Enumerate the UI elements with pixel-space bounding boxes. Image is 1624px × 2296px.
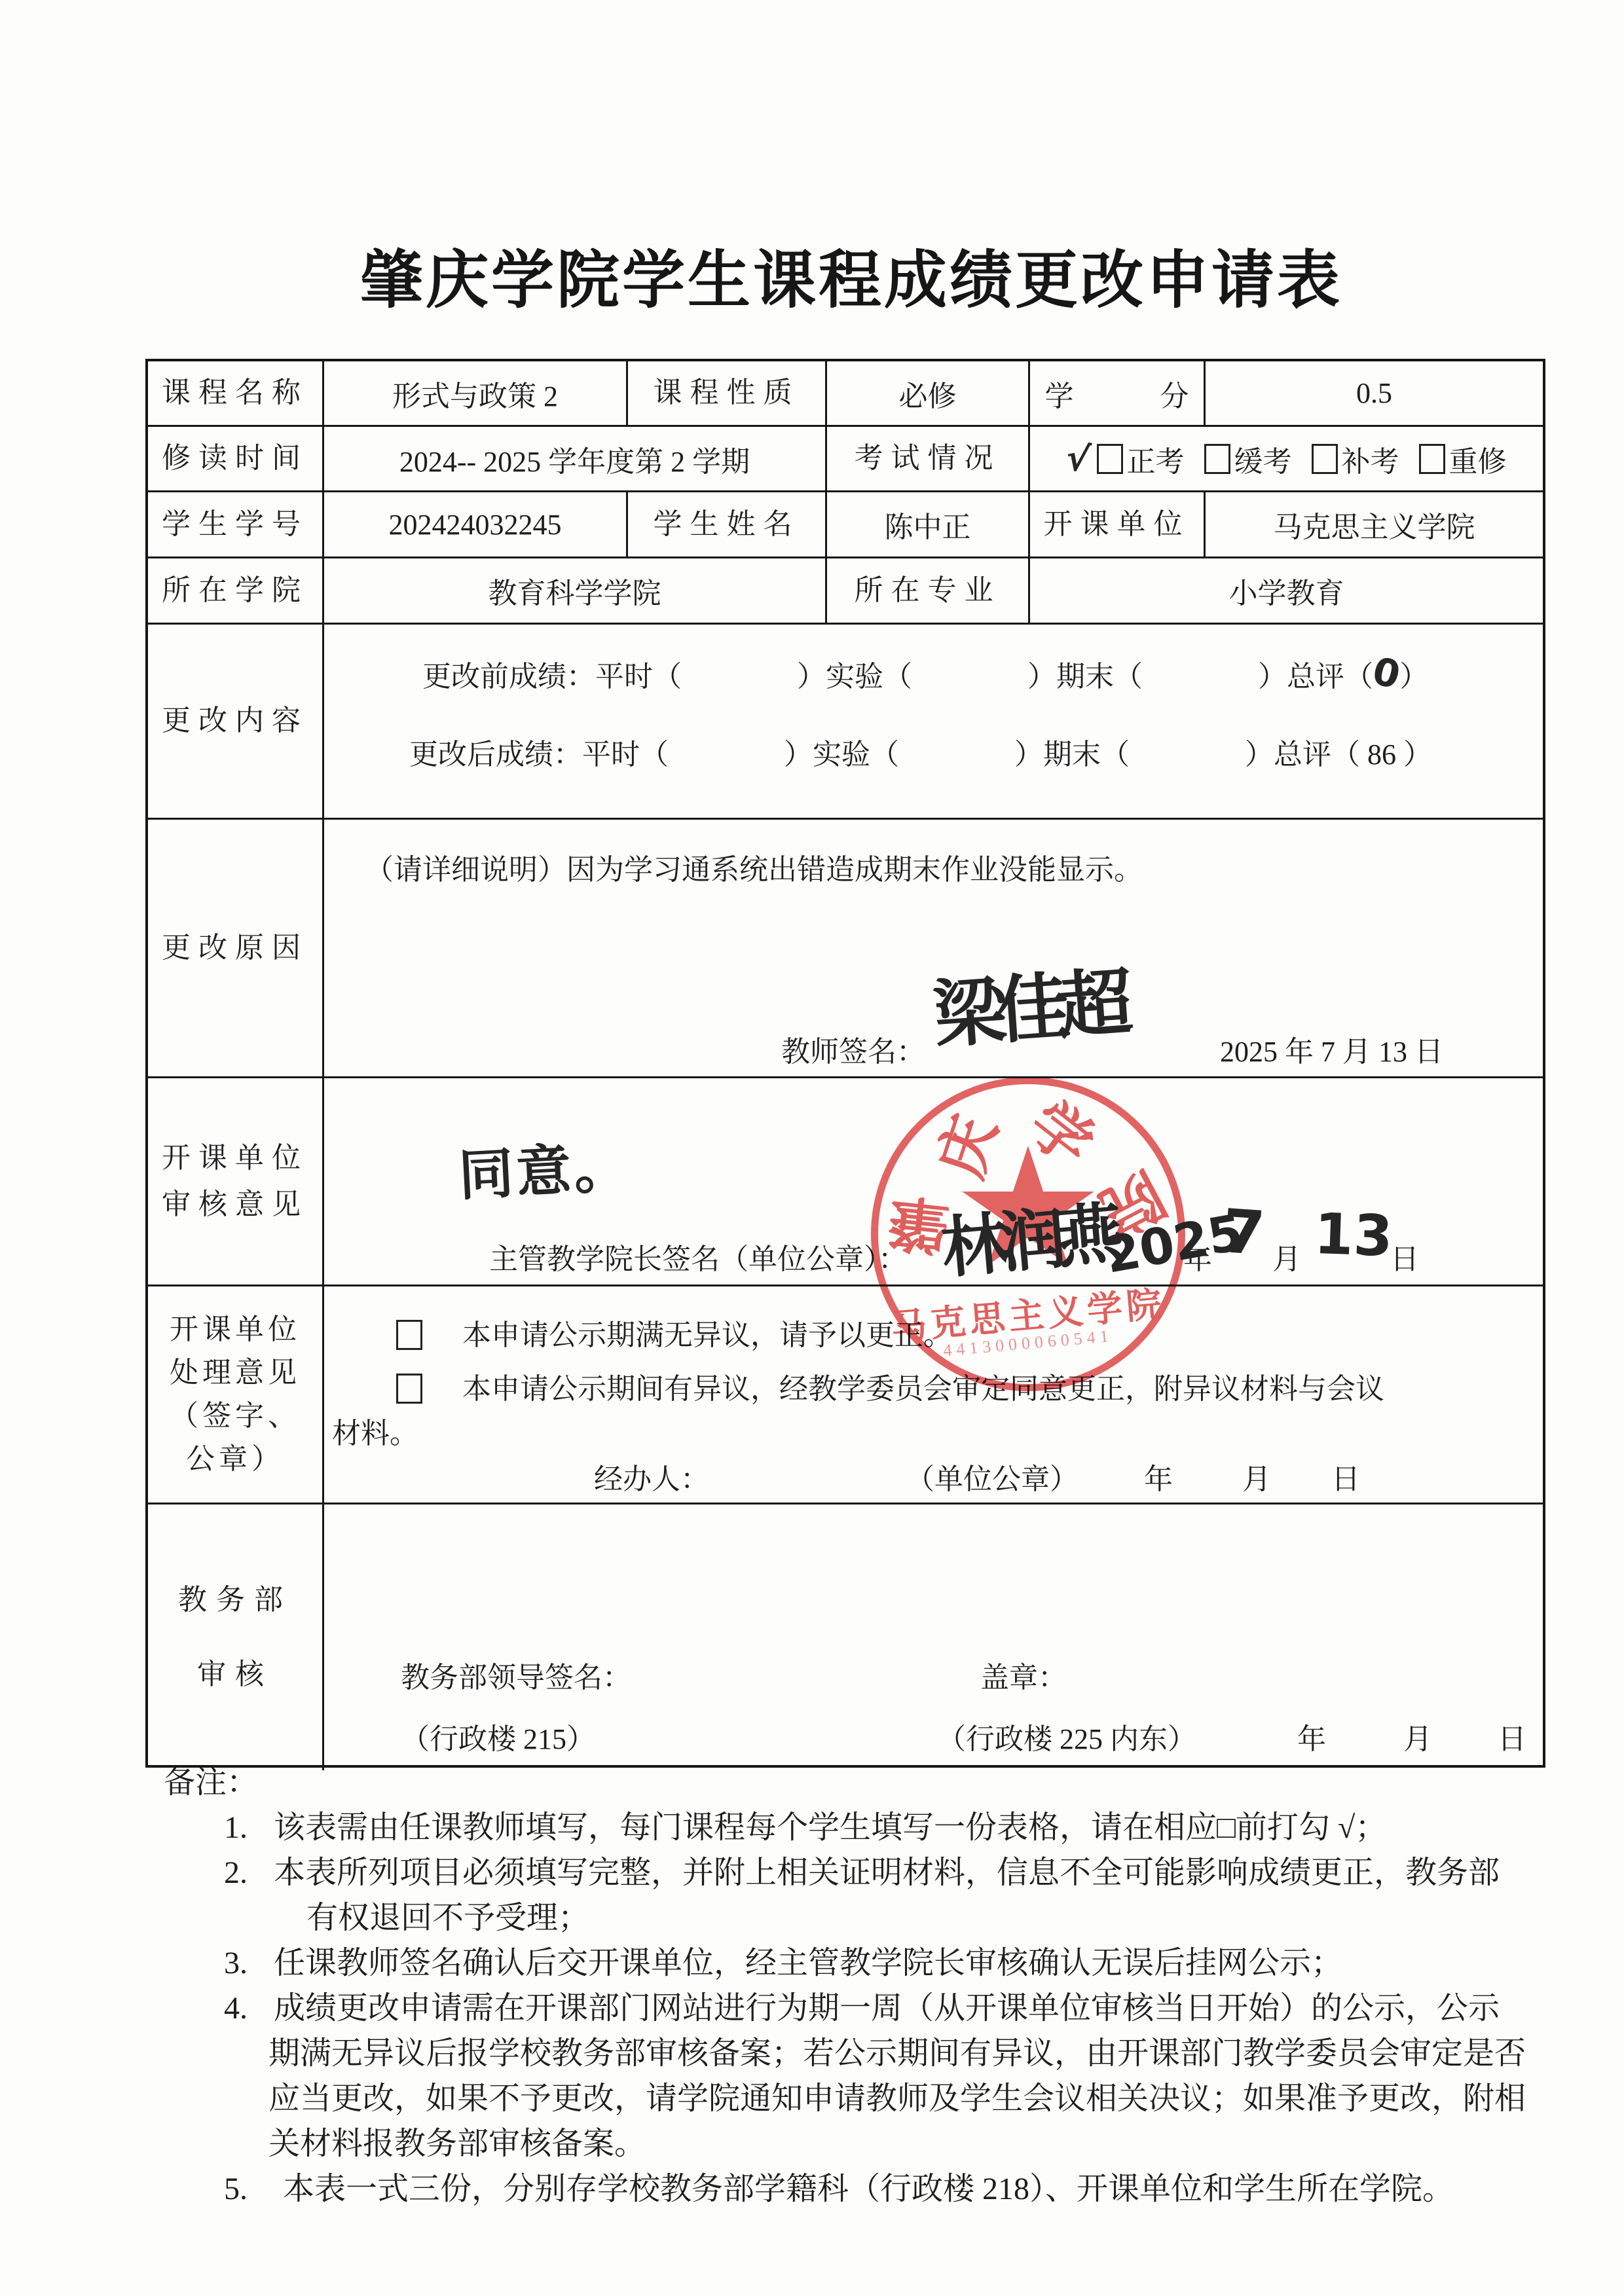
- academic-review-cell: 教务部领导签名： 盖章： （行政楼 215） （行政楼 225 内东） 年 月 …: [322, 1504, 1543, 1770]
- note-item-4: 4. 成绩更改申请需在开课部门网站进行为期一周（从开课单位审核当日开始）的公示，…: [164, 1986, 1513, 2031]
- note-text: 有权退回不予受理；: [306, 1895, 589, 1941]
- exam-option-makeup: 补考: [1312, 438, 1399, 480]
- note-text: 关材料报教务部审核备案。: [268, 2121, 646, 2166]
- note-item-4-cont: 关材料报教务部审核备案。: [164, 2121, 1513, 2166]
- note-text: 成绩更改申请需在开课部门网站进行为期一周（从开课单位审核当日开始）的公示，公示: [274, 1986, 1500, 2031]
- leader-sign-label: 教务部领导签名：: [401, 1654, 631, 1696]
- day-label: 日: [1498, 1715, 1526, 1757]
- month-label: 月: [1403, 1715, 1432, 1757]
- score-before-line: 更改前成绩：平时（ ）实验（ ）期末（ ）总评（0）: [422, 651, 1428, 695]
- note-text: 任课教师签名确认后交开课单位，经主管教学院长审核确认无误后挂网公示；: [274, 1941, 1342, 1986]
- decision-option-2-cont: 材料。: [332, 1410, 418, 1451]
- change-reason-text: （请详细说明）因为学习通系统出错造成期末作业没能显示。: [365, 846, 1143, 888]
- exam-option-label: 正考: [1127, 438, 1185, 480]
- major-label: 所在专业: [825, 558, 1028, 623]
- year-label: 年: [1297, 1715, 1326, 1757]
- checkbox-objection: [396, 1374, 422, 1404]
- table-row: 教务部 审核 教务部领导签名： 盖章： （行政楼 215） （行政楼 225 内…: [148, 1503, 1543, 1770]
- unit-seal-label: （单位公章）: [906, 1455, 1079, 1497]
- unit-decision-label-line: 处理意见: [170, 1351, 301, 1394]
- note-item-2-cont: 有权退回不予受理；: [164, 1895, 1513, 1941]
- checkbox-makeup-exam: [1312, 444, 1338, 474]
- score-after-line: 更改后成绩：平时（ ）实验（ ）期末（ ）总评（ 86 ）: [409, 731, 1432, 773]
- checkbox-deferred-exam: [1204, 444, 1230, 474]
- notes-section: 备注： 1. 该表需由任课教师填写，每门课程每个学生填写一份表格，请在相应□前打…: [164, 1760, 1513, 2212]
- handwritten-day: 13: [1313, 1201, 1393, 1269]
- score-before-close: ）: [1399, 661, 1428, 693]
- exam-option-label: 重修: [1449, 438, 1507, 480]
- note-number: 1.: [224, 1805, 248, 1850]
- exam-option-deferred: 缓考: [1204, 438, 1292, 480]
- note-number: 4.: [224, 1986, 248, 2031]
- academic-review-label-line: 教务部: [178, 1563, 292, 1637]
- exam-status-value: √ 正考 缓考 补考 重修: [1028, 427, 1543, 490]
- credit-value: 0.5: [1204, 361, 1543, 425]
- page-title: 肇庆学院学生课程成绩更改申请表: [0, 230, 1624, 320]
- note-item-4-cont: 应当更改，如果不予更改，请学院通知申请教师及学生会议相关决议；如果准予更改，附相: [164, 2076, 1513, 2121]
- note-item-3: 3. 任课教师签名确认后交开课单位，经主管教学院长审核确认无误后挂网公示；: [164, 1941, 1513, 1986]
- note-number: 3.: [224, 1941, 248, 1986]
- handwritten-checkmark: √: [1063, 437, 1092, 481]
- room-215: （行政楼 215）: [401, 1715, 595, 1757]
- table-row: 更改原因 （请详细说明）因为学习通系统出错造成期末作业没能显示。 教师签名： 梁…: [148, 818, 1543, 1076]
- college-label: 所在学院: [148, 558, 322, 623]
- note-number: 5.: [224, 2166, 248, 2212]
- stamp-label: 盖章：: [980, 1654, 1067, 1696]
- room-225: （行政楼 225 内东）: [937, 1715, 1196, 1757]
- exam-option-retake: 重修: [1419, 438, 1507, 480]
- scanned-form-page: 肇庆学院学生课程成绩更改申请表 课程名称 形式与政策 2 课程性质 必修 学 分…: [0, 0, 1624, 2296]
- exam-option-label: 缓考: [1234, 438, 1292, 480]
- student-name-label: 学生姓名: [626, 492, 825, 556]
- course-type-value: 必修: [825, 361, 1028, 425]
- offering-unit-value: 马克思主义学院: [1204, 492, 1543, 556]
- change-reason-cell: （请详细说明）因为学习通系统出错造成期末作业没能显示。 教师签名： 梁佳超 20…: [322, 820, 1543, 1076]
- change-reason-label: 更改原因: [148, 820, 322, 1076]
- student-id-value: 202424032245: [322, 492, 626, 556]
- teacher-sign-label: 教师签名：: [781, 1028, 925, 1070]
- note-number: 2.: [224, 1850, 248, 1895]
- unit-review-label-line: 审核意见: [162, 1182, 308, 1228]
- period-value: 2024-- 2025 学年度第 2 学期: [322, 427, 825, 490]
- note-text: 应当更改，如果不予更改，请学院通知申请教师及学生会议相关决议；如果准予更改，附相: [268, 2076, 1526, 2121]
- exam-option-regular: √ 正考: [1066, 438, 1184, 480]
- day-label: 日: [1390, 1235, 1419, 1277]
- teacher-sign-date: 2025 年 7 月 13 日: [1220, 1028, 1443, 1070]
- note-item-1: 1. 该表需由任课教师填写，每门课程每个学生填写一份表格，请在相应□前打勾 √；: [164, 1805, 1513, 1850]
- change-content-label: 更改内容: [148, 625, 322, 818]
- note-item-2: 2. 本表所列项目必须填写完整，并附上相关证明材料，信息不全可能影响成绩更正，教…: [164, 1850, 1513, 1895]
- table-row: 课程名称 形式与政策 2 课程性质 必修 学 分 0.5: [148, 361, 1543, 425]
- note-text: 本表所列项目必须填写完整，并附上相关证明材料，信息不全可能影响成绩更正，教务部: [274, 1850, 1500, 1895]
- exam-option-label: 补考: [1342, 438, 1399, 480]
- note-text: 期满无异议后报学校教务部审核备案；若公示期间有异议，由开课部门教学委员会审定是否: [268, 2031, 1526, 2076]
- checkbox-no-objection: [396, 1320, 422, 1350]
- course-type-label: 课程性质: [626, 361, 825, 425]
- course-name-value: 形式与政策 2: [322, 361, 626, 425]
- unit-decision-label-line: （签字、: [170, 1394, 301, 1438]
- offering-unit-label: 开课单位: [1028, 492, 1204, 556]
- table-row: 开课单位 处理意见 （签字、 公章） 本申请公示期满无异议，请予以更正。 本申请…: [148, 1285, 1543, 1503]
- dean-sign-label: 主管教学院长签名（单位公章）：: [489, 1235, 907, 1277]
- checkbox-regular-exam: [1097, 444, 1123, 474]
- handler-label: 经办人：: [594, 1455, 709, 1497]
- unit-decision-label: 开课单位 处理意见 （签字、 公章）: [148, 1286, 322, 1503]
- handwritten-approval: 同意。: [456, 1123, 633, 1211]
- exam-status-label: 考试情况: [825, 427, 1028, 490]
- month-label: 月: [1242, 1455, 1271, 1497]
- note-item-4-cont: 期满无异议后报学校教务部审核备案；若公示期间有异议，由开课部门教学委员会审定是否: [164, 2031, 1513, 2076]
- student-name-value: 陈中正: [825, 492, 1028, 556]
- handwritten-teacher-signature: 梁佳超: [930, 944, 1126, 1063]
- table-row: 更改内容 更改前成绩：平时（ ）实验（ ）期末（ ）总评（0） 更改后成绩：平时…: [148, 623, 1543, 818]
- application-table: 课程名称 形式与政策 2 课程性质 必修 学 分 0.5 修读时间 2024--…: [145, 359, 1545, 1768]
- note-text: 本表一式三份，分别存学校教务部学籍科（行政楼 218）、开课单位和学生所在学院。: [283, 2166, 1454, 2212]
- notes-title: 备注：: [164, 1760, 1513, 1805]
- handwritten-dean-signature: 林润燕: [937, 1181, 1118, 1291]
- month-label: 月: [1272, 1235, 1301, 1277]
- day-label: 日: [1331, 1455, 1360, 1497]
- student-id-label: 学生学号: [148, 492, 322, 556]
- table-row: 开课单位 审核意见 同意。 主管教学院长签名（单位公章）： 林润燕 2025 年…: [148, 1076, 1543, 1285]
- unit-decision-label-line: 公章）: [170, 1438, 301, 1481]
- academic-review-label: 教务部 审核: [148, 1504, 322, 1770]
- note-item-5: 5. 本表一式三份，分别存学校教务部学籍科（行政楼 218）、开课单位和学生所在…: [164, 2166, 1513, 2212]
- major-value: 小学教育: [1028, 558, 1543, 623]
- checkbox-retake: [1419, 444, 1445, 474]
- table-row: 学生学号 202424032245 学生姓名 陈中正 开课单位 马克思主义学院: [148, 490, 1543, 556]
- table-row: 所在学院 教育科学学院 所在专业 小学教育: [148, 556, 1543, 623]
- period-label: 修读时间: [148, 427, 322, 490]
- unit-review-label-line: 开课单位: [162, 1135, 308, 1181]
- unit-review-label: 开课单位 审核意见: [148, 1078, 322, 1285]
- score-before-text: 更改前成绩：平时（ ）实验（ ）期末（ ）总评（: [422, 661, 1373, 693]
- course-name-label: 课程名称: [148, 361, 322, 425]
- note-text: 该表需由任课教师填写，每门课程每个学生填写一份表格，请在相应□前打勾 √；: [274, 1805, 1386, 1850]
- year-label: 年: [1144, 1455, 1173, 1497]
- credit-label: 学 分: [1028, 361, 1204, 425]
- academic-review-label-line: 审核: [178, 1637, 292, 1712]
- table-row: 修读时间 2024-- 2025 学年度第 2 学期 考试情况 √ 正考 缓考: [148, 425, 1543, 490]
- change-content-cell: 更改前成绩：平时（ ）实验（ ）期末（ ）总评（0） 更改后成绩：平时（ ）实验…: [322, 625, 1543, 818]
- decision-option-1: 本申请公示期满无异议，请予以更正。: [396, 1311, 952, 1353]
- unit-decision-label-line: 开课单位: [170, 1308, 301, 1351]
- college-value: 教育科学学院: [322, 558, 825, 623]
